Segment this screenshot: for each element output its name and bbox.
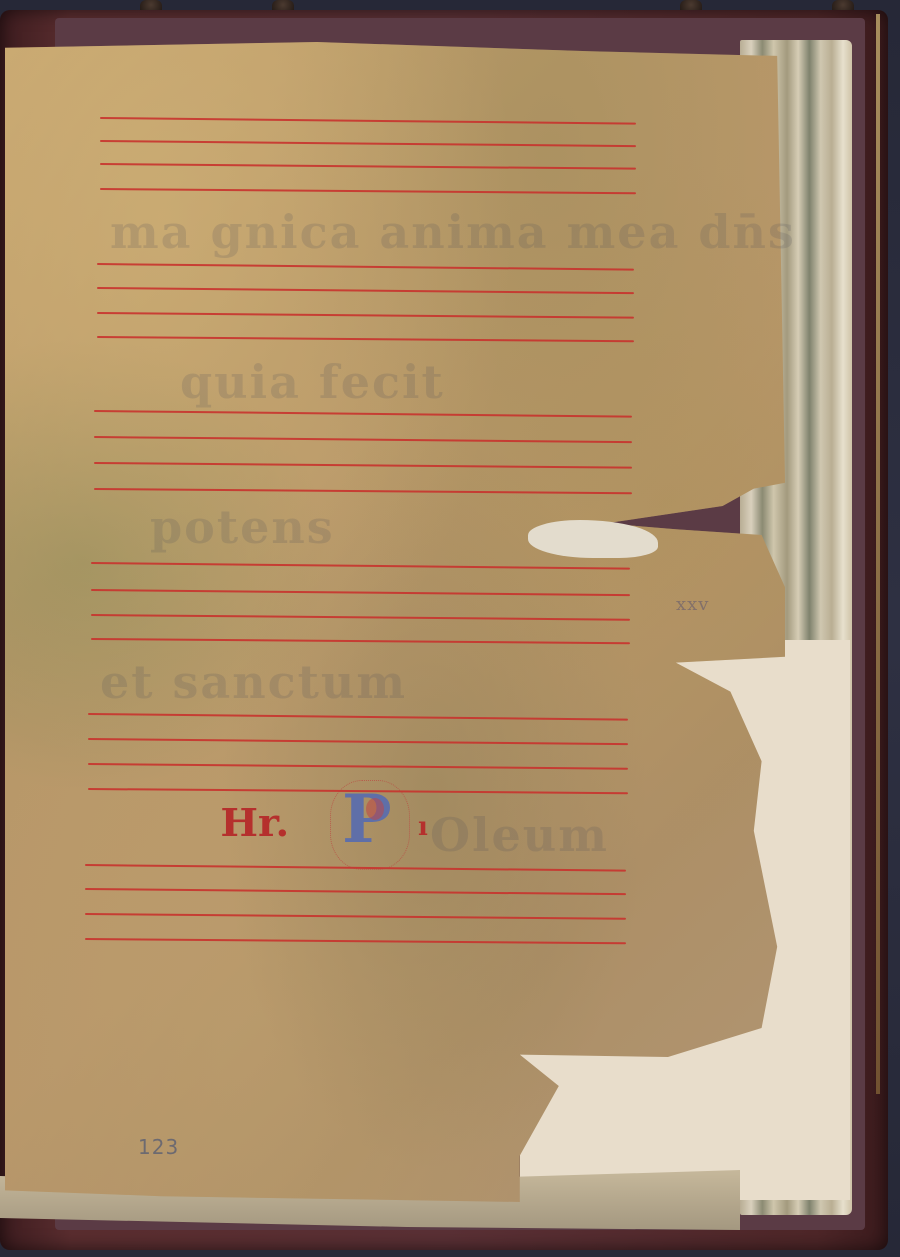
initial-face-decoration bbox=[366, 798, 384, 820]
faded-text: quia fecit bbox=[180, 355, 445, 409]
rubric: Hr. bbox=[220, 800, 289, 845]
faded-text: potens bbox=[150, 500, 335, 554]
faded-text: ma gnica anima mea dn̄s bbox=[110, 205, 796, 259]
folio-number: 123 bbox=[138, 1135, 179, 1159]
margin-note: xxv bbox=[676, 594, 709, 615]
illuminated-initial: P bbox=[330, 780, 410, 860]
rubric-mark: ı bbox=[418, 812, 428, 842]
initial-letter: P bbox=[342, 780, 392, 858]
faded-text: Oleum bbox=[430, 808, 609, 862]
gilt-edge bbox=[876, 14, 880, 1094]
faded-text: et sanctum bbox=[100, 655, 407, 709]
